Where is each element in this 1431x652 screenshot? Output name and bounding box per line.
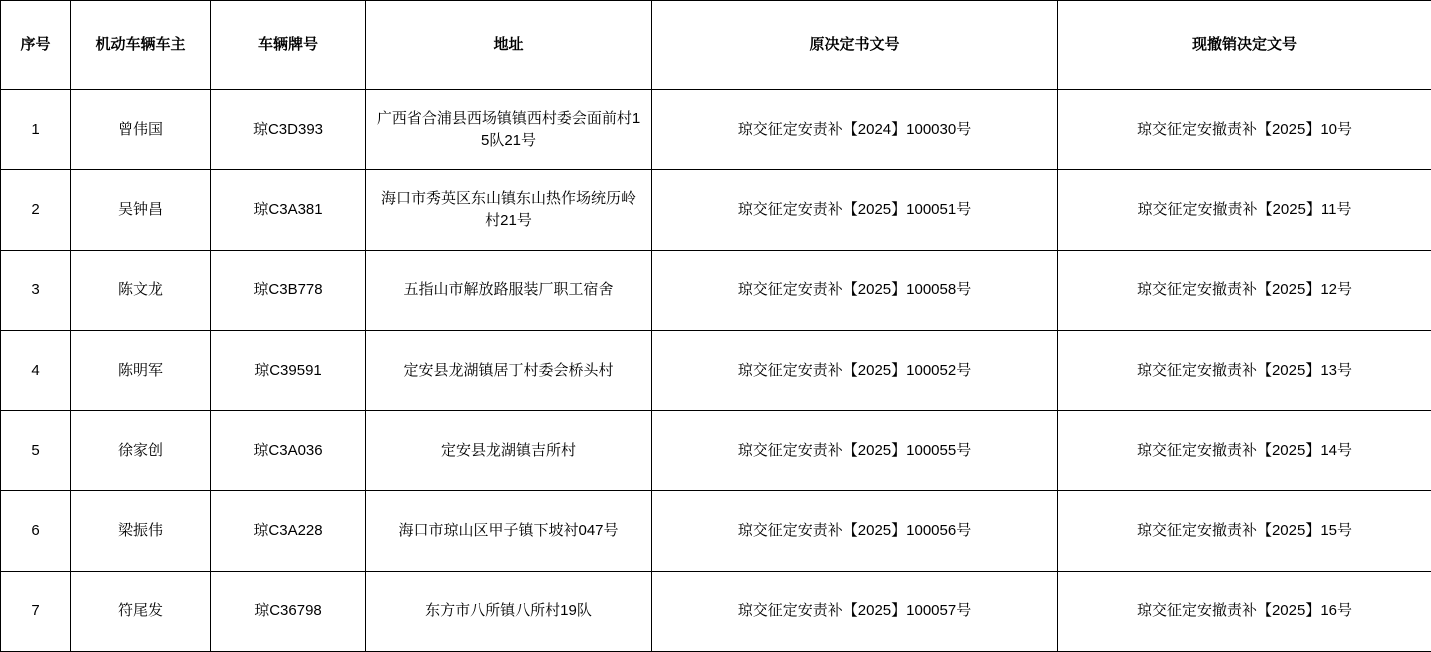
- cell-revoke-doc: 琼交征定安撤责补【2025】14号: [1058, 411, 1431, 491]
- cell-address: 定安县龙湖镇居丁村委会桥头村: [366, 330, 652, 410]
- table-row: 2 吴钟昌 琼C3A381 海口市秀英区东山镇东山热作场统历岭村21号 琼交征定…: [1, 170, 1431, 250]
- cell-plate: 琼C36798: [211, 571, 366, 651]
- column-header-owner: 机动车辆车主: [71, 1, 211, 90]
- cell-revoke-doc: 琼交征定安撤责补【2025】13号: [1058, 330, 1431, 410]
- cell-owner: 陈明军: [71, 330, 211, 410]
- table-row: 3 陈文龙 琼C3B778 五指山市解放路服装厂职工宿舍 琼交征定安责补【202…: [1, 250, 1431, 330]
- cell-owner: 徐家创: [71, 411, 211, 491]
- cell-address: 海口市秀英区东山镇东山热作场统历岭村21号: [366, 170, 652, 250]
- column-header-revoke-doc: 现撤销决定文号: [1058, 1, 1431, 90]
- cell-address: 定安县龙湖镇吉所村: [366, 411, 652, 491]
- table-row: 7 符尾发 琼C36798 东方市八所镇八所村19队 琼交征定安责补【2025】…: [1, 571, 1431, 651]
- cell-original-doc: 琼交征定安责补【2025】100051号: [652, 170, 1058, 250]
- cell-owner: 梁振伟: [71, 491, 211, 571]
- cell-address: 海口市琼山区甲子镇下坡衬047号: [366, 491, 652, 571]
- cell-revoke-doc: 琼交征定安撤责补【2025】16号: [1058, 571, 1431, 651]
- cell-address: 东方市八所镇八所村19队: [366, 571, 652, 651]
- cell-original-doc: 琼交征定安责补【2024】100030号: [652, 90, 1058, 170]
- cell-plate: 琼C3A228: [211, 491, 366, 571]
- cell-seq: 5: [1, 411, 71, 491]
- table-row: 6 梁振伟 琼C3A228 海口市琼山区甲子镇下坡衬047号 琼交征定安责补【2…: [1, 491, 1431, 571]
- column-header-seq: 序号: [1, 1, 71, 90]
- revocation-decisions-table: 序号 机动车辆车主 车辆牌号 地址 原决定书文号 现撤销决定文号 1 曾伟国 琼…: [0, 0, 1431, 652]
- cell-seq: 1: [1, 90, 71, 170]
- table-row: 5 徐家创 琼C3A036 定安县龙湖镇吉所村 琼交征定安责补【2025】100…: [1, 411, 1431, 491]
- cell-original-doc: 琼交征定安责补【2025】100056号: [652, 491, 1058, 571]
- cell-plate: 琼C3A381: [211, 170, 366, 250]
- cell-original-doc: 琼交征定安责补【2025】100057号: [652, 571, 1058, 651]
- cell-owner: 符尾发: [71, 571, 211, 651]
- cell-seq: 4: [1, 330, 71, 410]
- cell-plate: 琼C3D393: [211, 90, 366, 170]
- table-header-row: 序号 机动车辆车主 车辆牌号 地址 原决定书文号 现撤销决定文号: [1, 1, 1431, 90]
- cell-owner: 曾伟国: [71, 90, 211, 170]
- column-header-original-doc: 原决定书文号: [652, 1, 1058, 90]
- cell-original-doc: 琼交征定安责补【2025】100052号: [652, 330, 1058, 410]
- cell-seq: 2: [1, 170, 71, 250]
- table-row: 4 陈明军 琼C39591 定安县龙湖镇居丁村委会桥头村 琼交征定安责补【202…: [1, 330, 1431, 410]
- cell-seq: 6: [1, 491, 71, 571]
- cell-revoke-doc: 琼交征定安撤责补【2025】10号: [1058, 90, 1431, 170]
- cell-address: 五指山市解放路服装厂职工宿舍: [366, 250, 652, 330]
- column-header-address: 地址: [366, 1, 652, 90]
- cell-original-doc: 琼交征定安责补【2025】100055号: [652, 411, 1058, 491]
- cell-plate: 琼C3B778: [211, 250, 366, 330]
- cell-owner: 陈文龙: [71, 250, 211, 330]
- cell-plate: 琼C39591: [211, 330, 366, 410]
- cell-revoke-doc: 琼交征定安撤责补【2025】11号: [1058, 170, 1431, 250]
- cell-plate: 琼C3A036: [211, 411, 366, 491]
- cell-address: 广西省合浦县西场镇镇西村委会面前村15队21号: [366, 90, 652, 170]
- cell-owner: 吴钟昌: [71, 170, 211, 250]
- cell-revoke-doc: 琼交征定安撤责补【2025】15号: [1058, 491, 1431, 571]
- cell-revoke-doc: 琼交征定安撤责补【2025】12号: [1058, 250, 1431, 330]
- cell-seq: 3: [1, 250, 71, 330]
- cell-seq: 7: [1, 571, 71, 651]
- cell-original-doc: 琼交征定安责补【2025】100058号: [652, 250, 1058, 330]
- column-header-plate: 车辆牌号: [211, 1, 366, 90]
- table-row: 1 曾伟国 琼C3D393 广西省合浦县西场镇镇西村委会面前村15队21号 琼交…: [1, 90, 1431, 170]
